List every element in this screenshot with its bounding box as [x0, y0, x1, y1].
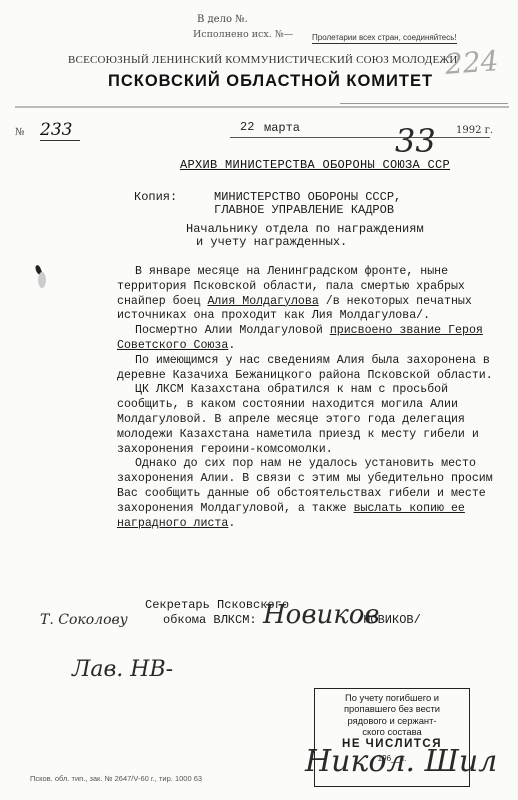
document-page: В дело №. Исполнено исх. №— Пролетарии в… — [0, 0, 518, 800]
document-number: 233 — [40, 120, 80, 141]
body-paragraph: В январе месяце на Ленинградском фронте,… — [117, 265, 517, 324]
handwritten-note-1: Т. Соколову — [40, 612, 128, 628]
copy-recipient-line-1: МИНИСТЕРСТВО ОБОРОНЫ СССР, — [214, 190, 401, 204]
date-day: 22 — [240, 120, 254, 134]
underlined-text: присвоено звание Героя Советского Союза — [117, 324, 483, 352]
header-divider — [15, 106, 509, 108]
body-paragraph: По имеющимся у нас сведениям Алия была з… — [117, 354, 517, 384]
attention-line-2: и учету награжденных. — [196, 235, 347, 249]
body-paragraph: ЦК ЛКСМ Казахстана обратился к нам с про… — [117, 383, 517, 457]
archive-sheet-number: 224 — [444, 44, 500, 81]
letter-body: В январе месяце на Ленинградском фронте,… — [117, 265, 517, 531]
date-month: марта — [264, 121, 300, 135]
ink-blot — [38, 272, 46, 288]
printer-imprint: Псков. обл. тип., зак. № 2647/V-60 г., т… — [30, 774, 202, 783]
copy-recipient-line-2: ГЛАВНОЕ УПРАВЛЕНИЕ КАДРОВ — [214, 203, 394, 217]
underlined-text: выслать копию ее наградного листа — [117, 502, 465, 530]
stamp-handwriting: Никол. Шил — [305, 744, 497, 779]
body-paragraph: Однако до сих пор нам не удалось установ… — [117, 457, 517, 531]
stamp-line: ского состава — [315, 726, 469, 737]
signatory-title-line-2: обкома ВЛКСМ: — [163, 613, 257, 627]
date-year: 1992 г. — [456, 125, 493, 136]
handwritten-mark: 33 — [395, 122, 436, 160]
stamp-line: рядового и сержант- — [315, 715, 469, 726]
underlined-text: Алия Молдагулова — [207, 295, 318, 308]
body-paragraph: Посмертно Алии Молдагуловой присвоено зв… — [117, 324, 517, 354]
archive-heading: АРХИВ МИНИСТЕРСТВА ОБОРОНЫ СОЮЗА ССР — [180, 158, 450, 172]
organization-line: ВСЕСОЮЗНЫЙ ЛЕНИНСКИЙ КОММУНИСТИЧЕСКИЙ СО… — [68, 54, 458, 66]
stamp-line: пропавшего без вести — [315, 703, 469, 714]
file-reference: В дело №. — [197, 14, 248, 25]
date-line — [230, 137, 490, 138]
stamp-line: По учету погибшего и — [315, 692, 469, 703]
document-number-label: № — [15, 127, 24, 138]
copy-label: Копия: — [134, 190, 177, 204]
organization-title: ПСКОВСКИЙ ОБЛАСТНОЙ КОМИТЕТ — [108, 72, 433, 91]
slogan: Пролетарии всех стран, соединяйтесь! — [312, 33, 457, 44]
header-divider-secondary — [340, 103, 508, 104]
attention-line-1: Начальнику отдела по награждениям — [186, 222, 424, 236]
executed-reference: Исполнено исх. №— — [193, 29, 293, 40]
signatory-name: /НОВИКОВ/ — [356, 613, 421, 627]
handwritten-note-2: Лав. НВ- — [72, 657, 173, 682]
